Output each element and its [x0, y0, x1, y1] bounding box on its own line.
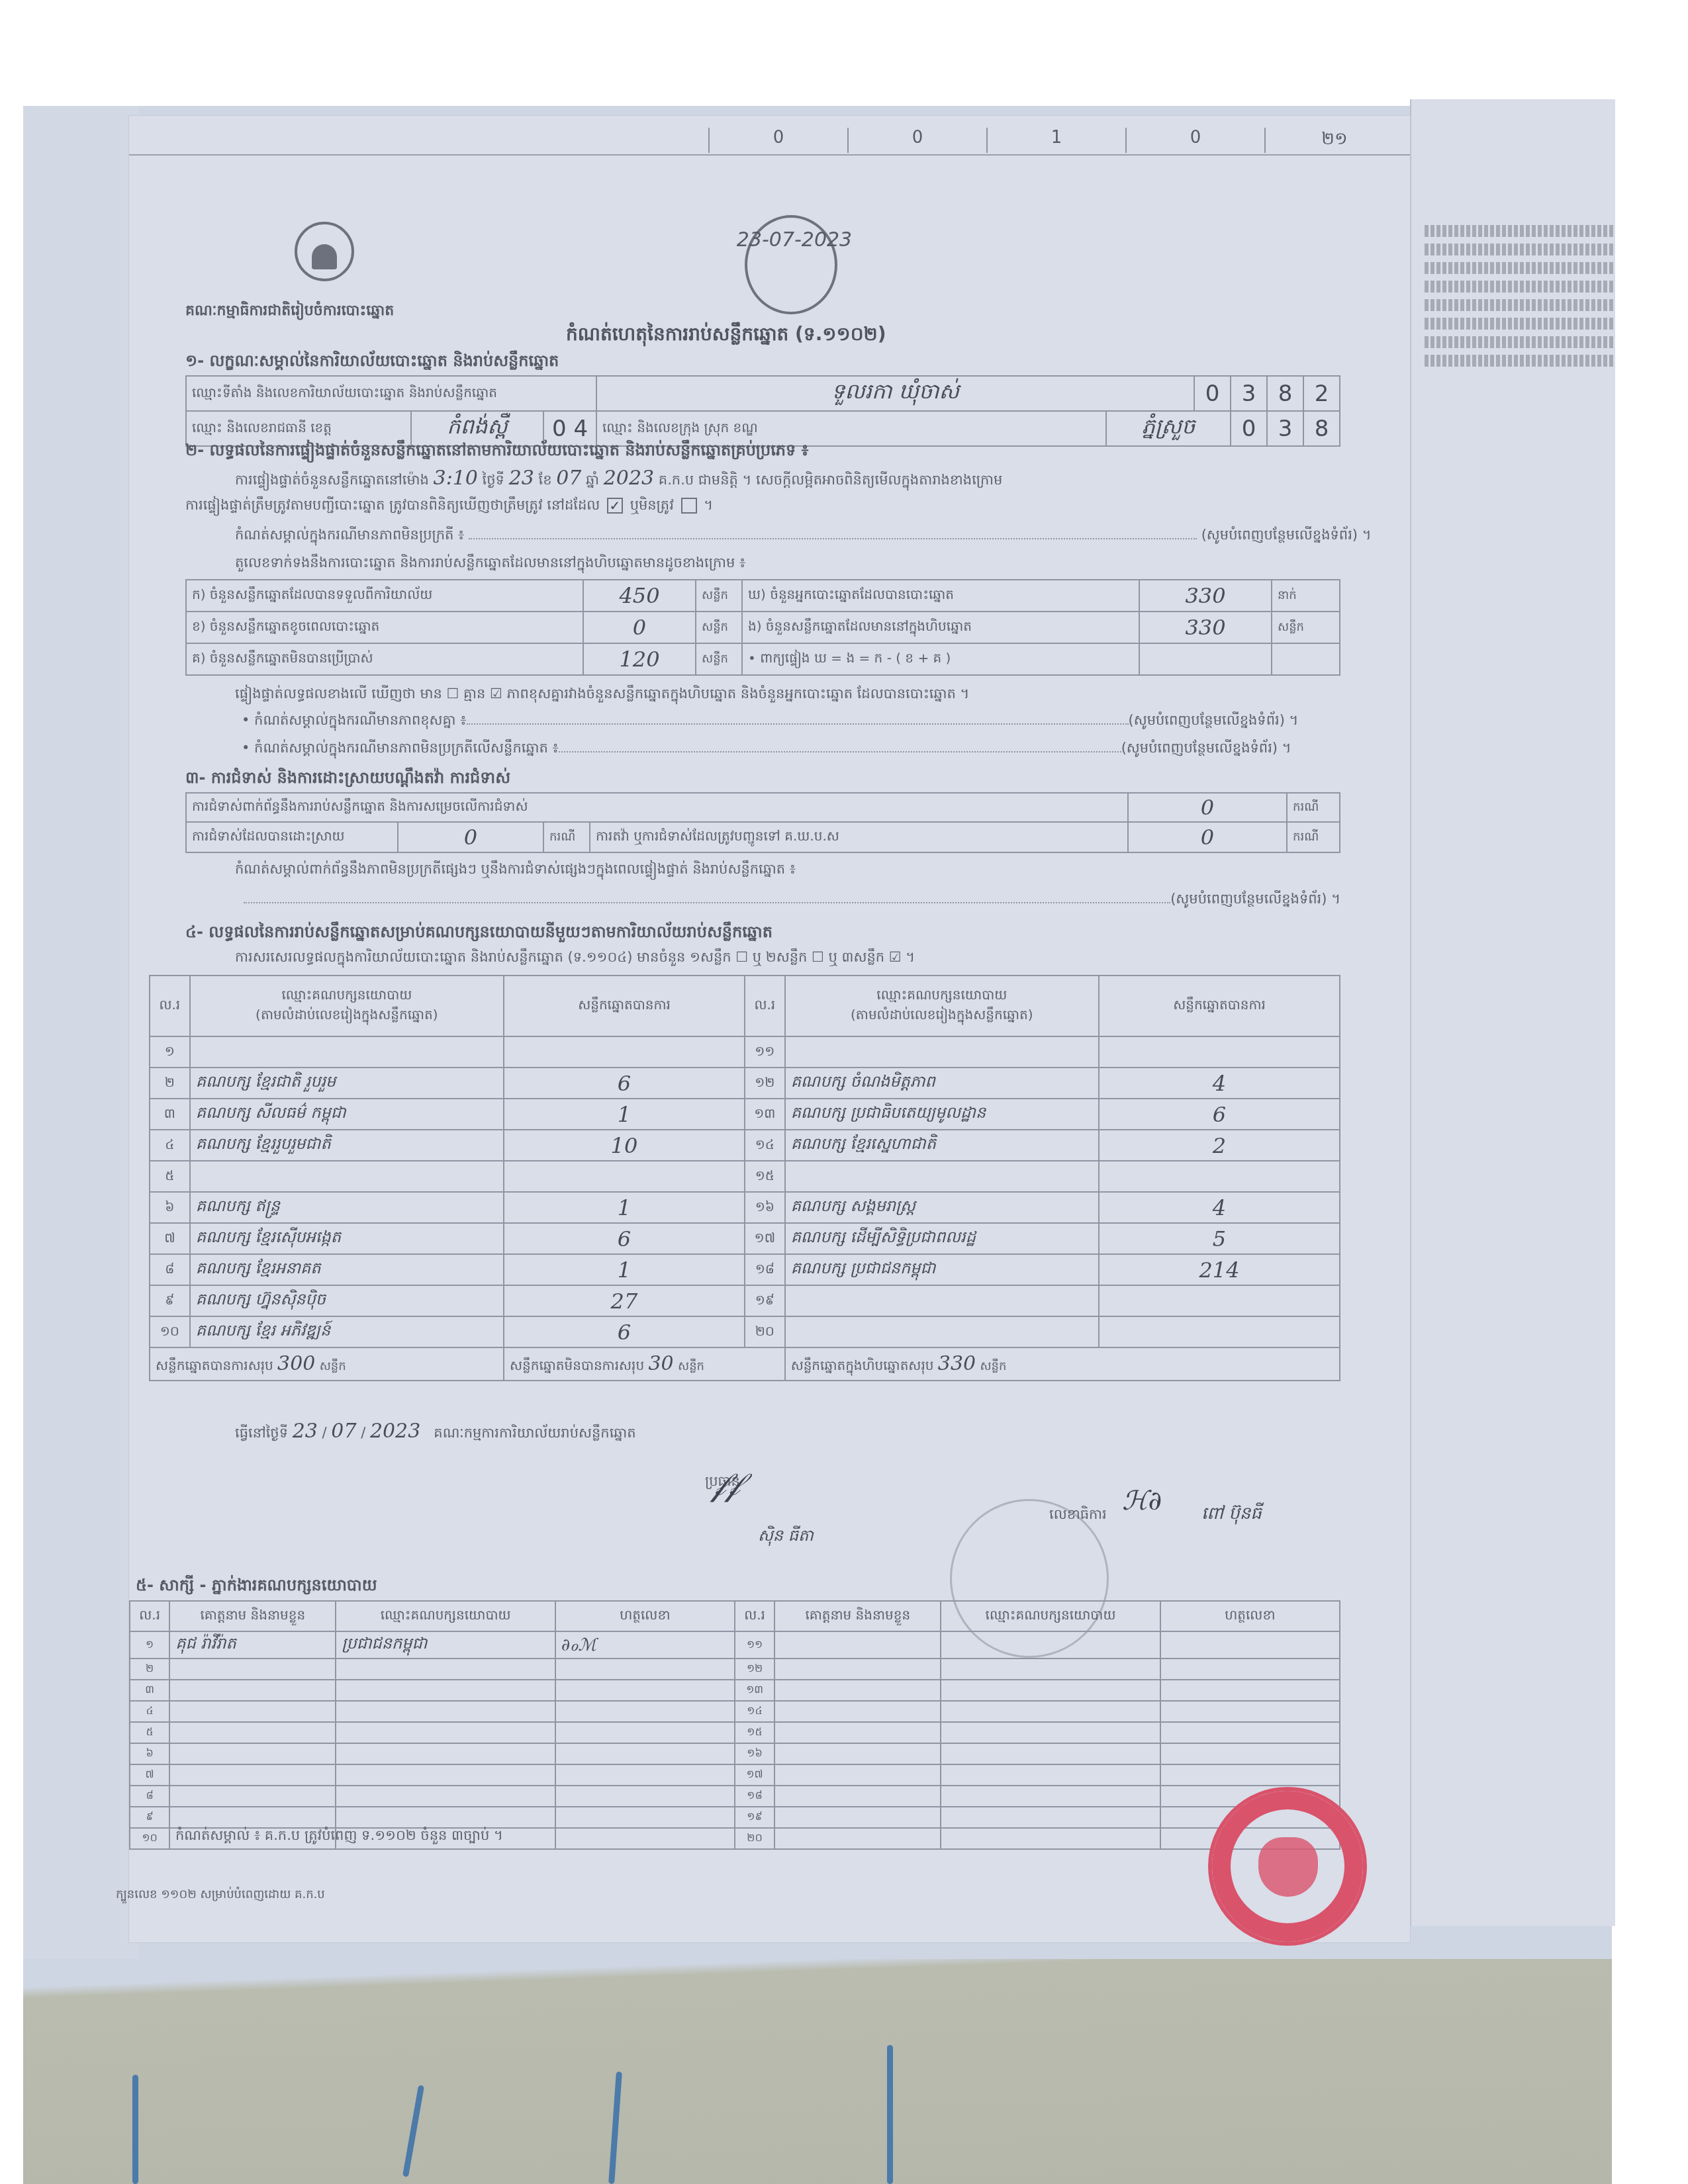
col-party: ឈ្មោះគណបក្សនយោបាយ(តាមលំដាប់លេខរៀងក្នុងសន…	[190, 976, 504, 1036]
witness-party	[336, 1680, 555, 1701]
witness-name	[774, 1764, 941, 1786]
row-no: ១	[130, 1631, 169, 1659]
party-votes	[1099, 1161, 1340, 1192]
party-votes: 1	[504, 1192, 745, 1223]
row-no: ៧	[130, 1764, 169, 1786]
table-row: ៥១៥	[130, 1722, 1340, 1743]
witness-signature	[1160, 1631, 1340, 1659]
unit-label: ករណី	[1287, 793, 1340, 822]
witness-name: គុជ រ៉ាវីរ៉ាត	[169, 1631, 336, 1659]
witness-name	[774, 1786, 941, 1807]
count-value: 330	[1139, 580, 1272, 612]
witness-col: ល.រ	[130, 1601, 169, 1631]
top-strip-cell: 1	[986, 128, 1125, 153]
party-name	[785, 1036, 1099, 1068]
section1-heading: ១- លក្ខណៈសម្គាល់នៃការិយាល័យបោះឆ្នោត និងរ…	[185, 351, 559, 374]
witness-col: ល.រ	[735, 1601, 774, 1631]
wall-background	[23, 1959, 1612, 2184]
witness-party	[336, 1764, 555, 1786]
location-code-digit: 8	[1267, 376, 1303, 411]
row-no: ១៧	[745, 1223, 785, 1254]
witness-col: ឈ្មោះគណបក្សនយោបាយ	[336, 1601, 555, 1631]
count-value: 450	[583, 580, 696, 612]
party-name	[190, 1161, 504, 1192]
party-votes: 6	[504, 1068, 745, 1099]
witness-col: ហត្ថលេខា	[555, 1601, 735, 1631]
witness-name	[774, 1722, 941, 1743]
unit-label: សន្លឹក	[696, 643, 742, 675]
footnote: កំណត់សម្គាល់ ៖ គ.ក.ប ត្រូវបំពេញ ទ.១១០២ ច…	[175, 1827, 503, 1847]
row-no: ១៦	[735, 1743, 774, 1764]
witness-party	[336, 1722, 555, 1743]
table-row: ៧១៧	[130, 1764, 1340, 1786]
party-name: គណបក្ស ខ្មែរជាតិ រួបរួម	[190, 1068, 504, 1099]
forwarded-label: ការតវ៉ា ឬការជំទាស់ដែលត្រូវបញ្ជូនទៅ គ.ឃ.ប…	[590, 822, 1128, 852]
party-votes: 5	[1099, 1223, 1340, 1254]
party-results-table: ល.រ ឈ្មោះគណបក្សនយោបាយ(តាមលំដាប់លេខរៀងក្ន…	[149, 975, 1340, 1381]
row-no: ១៩	[745, 1285, 785, 1316]
witness-name	[774, 1807, 941, 1828]
party-name: គណបក្ស ខ្មែរ អភិវឌ្ឍន៍	[190, 1316, 504, 1347]
witness-name	[774, 1631, 941, 1659]
table-row: ៩១៩	[130, 1807, 1340, 1828]
witness-name	[169, 1764, 336, 1786]
section3-note: កំណត់សម្គាល់ពាក់ព័ន្ធនឹងភាពមិនប្រក្រតីផ្…	[235, 860, 796, 881]
witness-col: គោត្តនាម និងនាមខ្លួន	[774, 1601, 941, 1631]
section5-heading: ៥- សាក្សី - ភ្នាក់ងារគណបក្សនយោបាយ	[136, 1575, 377, 1598]
location-code-digit: 2	[1303, 376, 1340, 411]
witness-signature	[555, 1659, 735, 1680]
complaint-row-label: ការជំទាស់ពាក់ព័ន្ធនឹងការរាប់សន្លឹកឆ្នោត …	[186, 793, 1128, 822]
witness-signature	[555, 1828, 735, 1849]
secretary-signature: ℋ∂	[1122, 1486, 1162, 1516]
totals-row: សន្លឹកឆ្នោតបានការសរុប 300 សន្លឹកសន្លឹកឆ្…	[150, 1347, 1340, 1381]
witness-signature	[1160, 1701, 1340, 1722]
party-name: គណបក្ស ប្រជាធិបតេយ្យមូលដ្ឋាន	[785, 1099, 1099, 1130]
nec-logo-icon	[295, 222, 354, 281]
row-no: ១៣	[735, 1680, 774, 1701]
table-row: ៤១៤	[130, 1701, 1340, 1722]
unit-label: សន្លឹក	[1272, 612, 1340, 643]
party-votes: 1	[504, 1254, 745, 1285]
valid-total: សន្លឹកឆ្នោតបានការសរុប 300 សន្លឹក	[150, 1347, 504, 1381]
witness-name	[774, 1743, 941, 1764]
party-name: គណបក្ស សីលធម៌ កម្ពុជា	[190, 1099, 504, 1130]
row-no: ១៣	[745, 1099, 785, 1130]
witness-table: ល.រគោត្តនាម និងនាមខ្លួនឈ្មោះគណបក្សនយោបាយ…	[129, 1600, 1340, 1850]
chair-signature: 𝒻𝒻	[712, 1466, 740, 1504]
verification-result-line: ការផ្ទៀងផ្ទាត់ត្រឹមត្រូវតាមបញ្ជីបោះឆ្នោត…	[185, 496, 713, 517]
witness-party	[336, 1786, 555, 1807]
invalid-total: សន្លឹកឆ្នោតមិនបានការសរុប 30 សន្លឹក	[504, 1347, 785, 1381]
unit-label: សន្លឹក	[696, 580, 742, 612]
row-no: ៤	[150, 1130, 190, 1161]
secretary-name: ពៅ ប៊ុនធី	[1201, 1502, 1262, 1527]
witness-signature	[1160, 1764, 1340, 1786]
row-no: ១៨	[745, 1254, 785, 1285]
witness-col: គោត្តនាម និងនាមខ្លួន	[169, 1601, 336, 1631]
blue-pen-mark	[887, 2045, 893, 2184]
col-votes: សន្លឹកឆ្នោតបានការ	[504, 976, 745, 1036]
party-votes: 4	[1099, 1192, 1340, 1223]
party-name	[785, 1285, 1099, 1316]
unit-label	[1272, 643, 1340, 675]
table-row: ៤គណបក្ស ខ្មែររួបរួមជាតិ10១៤គណបក្ស ខ្មែរស…	[150, 1130, 1340, 1161]
underlying-sheet-left	[23, 106, 139, 1959]
row-no: ៩	[130, 1807, 169, 1828]
witness-col: ឈ្មោះគណបក្សនយោបាយ	[941, 1601, 1160, 1631]
witness-party	[941, 1828, 1160, 1849]
stamp-date: 23-07-2023	[725, 228, 864, 251]
chair-name: ស៊ិន ធីតា	[758, 1525, 814, 1549]
witness-party	[941, 1659, 1160, 1680]
district-code-digit: 8	[1303, 411, 1340, 446]
complaints-table: ការជំទាស់ពាក់ព័ន្ធនឹងការរាប់សន្លឹកឆ្នោត …	[185, 792, 1340, 853]
location-code-digit: 3	[1231, 376, 1267, 411]
party-votes: 10	[504, 1130, 745, 1161]
row-no: ២	[150, 1068, 190, 1099]
party-name: គណបក្ស ខ្មែររួបរួមជាតិ	[190, 1130, 504, 1161]
district-value: ភ្នំស្រួច	[1106, 411, 1231, 446]
witness-signature	[1160, 1722, 1340, 1743]
count-label: គ) ចំនួនសន្លឹកឆ្នោតមិនបានប្រើប្រាស់	[186, 643, 583, 675]
ballot-irregularity-note: • កំណត់សម្គាល់ក្នុងករណីមានភាពមិនប្រក្រតី…	[242, 739, 1340, 760]
verification-line: ការផ្ទៀងផ្ទាត់ចំនួនសន្លឹកឆ្នោតនៅម៉ោង 3:1…	[235, 467, 1002, 492]
verification-year: 2023	[604, 467, 654, 490]
witness-signature	[1160, 1743, 1340, 1764]
table-row: ១០គណបក្ស ខ្មែរ អភិវឌ្ឍន៍6២០	[150, 1316, 1340, 1347]
party-votes: 214	[1099, 1254, 1340, 1285]
row-no: ១៧	[735, 1764, 774, 1786]
top-strip-cells: 0010២១	[708, 128, 1403, 153]
party-votes: 6	[504, 1316, 745, 1347]
witness-header-row: ល.រគោត្តនាម និងនាមខ្លួនឈ្មោះគណបក្សនយោបាយ…	[130, 1601, 1340, 1631]
party-name	[190, 1036, 504, 1068]
blue-pen-mark	[132, 2075, 138, 2184]
row-no: ១៤	[735, 1701, 774, 1722]
row-no: ១៦	[745, 1192, 785, 1223]
row-no: ៥	[150, 1161, 190, 1192]
complaint-row-value: 0	[1128, 793, 1287, 822]
resolved-value: 0	[398, 822, 543, 852]
witness-signature	[1160, 1680, 1340, 1701]
witness-name	[169, 1722, 336, 1743]
witness-party	[941, 1701, 1160, 1722]
counts-row: ក) ចំនួនសន្លឹកឆ្នោតដែលបានទទួលពីការិយាល័យ…	[186, 580, 1340, 612]
row-no: ១៥	[735, 1722, 774, 1743]
underlying-sheet-right	[1410, 99, 1615, 1926]
unit-label: នាក់	[1272, 580, 1340, 612]
witness-signature	[555, 1701, 735, 1722]
section3-heading: ៣- ការជំទាស់ និងការដោះស្រាយបណ្ដឹងតវ៉ា កា…	[185, 768, 510, 791]
row-no: ៧	[150, 1223, 190, 1254]
incorrect-checkbox[interactable]	[681, 498, 697, 514]
form-title: កំណត់ហេតុនៃការរាប់សន្លឹកឆ្នោត (ទ.១១០២)	[566, 322, 886, 349]
unit-label: ករណី	[543, 822, 590, 852]
verification-month: 07	[556, 467, 581, 490]
witness-signature	[555, 1786, 735, 1807]
district-code-digit: 0	[1231, 411, 1267, 446]
party-name: គណបក្ស ខ្មែរស៊ើបអង្កេត	[190, 1223, 504, 1254]
section2-heading: ២- លទ្ធផលនៃការផ្ទៀងផ្ទាត់ចំនួនសន្លឹកឆ្នោ…	[185, 440, 808, 463]
row-no: ១២	[745, 1068, 785, 1099]
row-no: ១០	[130, 1828, 169, 1849]
row-no: ៦	[130, 1743, 169, 1764]
witness-signature	[555, 1764, 735, 1786]
party-votes	[1099, 1316, 1340, 1347]
witness-party	[941, 1743, 1160, 1764]
verification-time: 3:10	[434, 467, 478, 490]
party-votes: 2	[1099, 1130, 1340, 1161]
difference-note: • កំណត់សម្គាល់ក្នុងករណីមានភាពខុសគ្នា ៖(ស…	[242, 711, 1340, 732]
counts-row: ខ) ចំនួនសន្លឹកឆ្នោតខូចពេលបោះឆ្នោត0សន្លឹក…	[186, 612, 1340, 643]
row-no: ១៨	[735, 1786, 774, 1807]
top-strip-cell: ២១	[1264, 128, 1403, 153]
party-votes: 1	[504, 1099, 745, 1130]
witness-party	[941, 1722, 1160, 1743]
count-label: • ពាក្យផ្ទៀង ឃ = ង = ក - ( ខ + គ )	[742, 643, 1139, 675]
party-votes: 6	[1099, 1099, 1340, 1130]
party-name	[785, 1161, 1099, 1192]
party-votes: 6	[504, 1223, 745, 1254]
witness-name	[169, 1659, 336, 1680]
party-votes: 4	[1099, 1068, 1340, 1099]
row-no: ៦	[150, 1192, 190, 1223]
row-no: ៨	[150, 1254, 190, 1285]
section1-table: ឈ្មោះទីតាំង និងលេខការិយាល័យបោះឆ្នោត និងរ…	[185, 375, 1340, 447]
party-votes: 27	[504, 1285, 745, 1316]
witness-party	[336, 1807, 555, 1828]
forwarded-value: 0	[1128, 822, 1287, 852]
row-no: ១២	[735, 1659, 774, 1680]
top-strip-cell: 0	[1125, 128, 1264, 153]
witness-signature	[555, 1722, 735, 1743]
count-label: ក) ចំនួនសន្លឹកឆ្នោតដែលបានទទួលពីការិយាល័យ	[186, 580, 583, 612]
unit-label: សន្លឹក	[696, 612, 742, 643]
table-row: ៨១៨	[130, 1786, 1340, 1807]
section3-note-hint: (សូមបំពេញបន្ថែមលើខ្នងទំព័រ) ។	[185, 890, 1340, 911]
witness-party	[941, 1631, 1160, 1659]
secretary-label: លេខាធិការ	[1049, 1506, 1107, 1526]
party-name	[785, 1316, 1099, 1347]
location-label: ឈ្មោះទីតាំង និងលេខការិយាល័យបោះឆ្នោត និងរ…	[186, 376, 596, 411]
location-code-digit: 0	[1194, 376, 1231, 411]
witness-signature	[555, 1680, 735, 1701]
table-row: ២១២	[130, 1659, 1340, 1680]
row-no: ៤	[130, 1701, 169, 1722]
official-red-seal-icon	[1208, 1787, 1367, 1946]
witness-signature	[555, 1807, 735, 1828]
col-party: ឈ្មោះគណបក្សនយោបាយ(តាមលំដាប់លេខរៀងក្នុងសន…	[785, 976, 1099, 1036]
section4-heading: ៤- លទ្ធផលនៃការរាប់សន្លឹកឆ្នោតសម្រាប់គណបក…	[185, 922, 773, 945]
count-value: 120	[583, 643, 696, 675]
counts-intro: តួលេខទាក់ទងនឹងការបោះឆ្នោត និងការរាប់សន្ល…	[235, 554, 745, 574]
row-no: ៣	[130, 1680, 169, 1701]
table-row: ៨គណបក្ស ខ្មែរអនាគត1១៨គណបក្ស ប្រជាជនកម្ពុ…	[150, 1254, 1340, 1285]
row-no: ២០	[735, 1828, 774, 1849]
ballot-counts-table: ក) ចំនួនសន្លឹកឆ្នោតដែលបានទទួលពីការិយាល័យ…	[185, 579, 1340, 676]
party-votes	[504, 1161, 745, 1192]
count-label: ឃ) ចំនួនអ្នកបោះឆ្នោតដែលបានបោះឆ្នោត	[742, 580, 1139, 612]
witness-party	[941, 1764, 1160, 1786]
difference-line: ផ្ទៀងផ្ទាត់លទ្ធផលខាងលើ ឃើញថា មាន ☐ គ្មាន…	[235, 685, 969, 705]
table-row: ១១១	[150, 1036, 1340, 1068]
table-row: ៩គណបក្ស ហ្វ៊ុនស៊ិនប៉ិច27១៩	[150, 1285, 1340, 1316]
party-name: គណបក្ស ឥន្ទ្រ	[190, 1192, 504, 1223]
row-no: ១៩	[735, 1807, 774, 1828]
party-votes	[1099, 1036, 1340, 1068]
row-no: ៨	[130, 1786, 169, 1807]
party-votes	[1099, 1285, 1340, 1316]
witness-party	[941, 1786, 1160, 1807]
row-no: ១	[150, 1036, 190, 1068]
witness-party	[336, 1701, 555, 1722]
counts-row: គ) ចំនួនសន្លឹកឆ្នោតមិនបានប្រើប្រាស់120សន…	[186, 643, 1340, 675]
correct-checkbox[interactable]	[607, 498, 623, 514]
party-votes	[504, 1036, 745, 1068]
row-no: ២០	[745, 1316, 785, 1347]
section4-intro: ការសរសេរលទ្ធផលក្នុងការិយាល័យបោះឆ្នោត និង…	[235, 948, 915, 969]
row-no: ៥	[130, 1722, 169, 1743]
row-no: ១១	[735, 1631, 774, 1659]
witness-name	[169, 1701, 336, 1722]
election-form-sheet: 0010២១ គណៈកម្មាធិការជាតិរៀបចំការបោះឆ្នោត…	[129, 116, 1410, 1942]
table-row: ៣១៣	[130, 1680, 1340, 1701]
witness-party	[941, 1807, 1160, 1828]
col-votes: សន្លឹកឆ្នោតបានការ	[1099, 976, 1340, 1036]
table-row: ៥១៥	[150, 1161, 1340, 1192]
witness-signature: ∂ℴℳ	[555, 1631, 735, 1659]
irregularity-note: កំណត់សម្គាល់ក្នុងករណីមានភាពមិនប្រក្រតី ៖…	[235, 526, 1340, 547]
top-strip-cell: 0	[847, 128, 986, 153]
witness-party	[941, 1680, 1160, 1701]
witness-name	[169, 1680, 336, 1701]
verification-day: 23	[509, 467, 534, 490]
party-name: គណបក្ស សង្គមរាស្ត្រ	[785, 1192, 1099, 1223]
table-row: ២គណបក្ស ខ្មែរជាតិ រួបរួម6១២គណបក្ស ចំណងមិ…	[150, 1068, 1340, 1099]
row-no: ៣	[150, 1099, 190, 1130]
witness-name	[169, 1807, 336, 1828]
top-strip: 0010២១	[129, 116, 1410, 156]
witness-name	[774, 1659, 941, 1680]
top-strip-cell: 0	[708, 128, 847, 153]
witness-name	[169, 1786, 336, 1807]
witness-name	[774, 1828, 941, 1849]
col-no: ល.រ	[150, 976, 190, 1036]
party-name: គណបក្ស ចំណងមិត្តភាព	[785, 1068, 1099, 1099]
row-no: ១០	[150, 1316, 190, 1347]
witness-signature	[1160, 1659, 1340, 1680]
party-name: គណបក្ស ប្រជាជនកម្ពុជា	[785, 1254, 1099, 1285]
form-footer: ក្បួនលេខ ១១០២ សម្រាប់បំពេញដោយ គ.ក.ប	[116, 1886, 325, 1904]
count-value: 0	[583, 612, 696, 643]
count-label: ខ) ចំនួនសន្លឹកឆ្នោតខូចពេលបោះឆ្នោត	[186, 612, 583, 643]
table-row: ៦១៦	[130, 1743, 1340, 1764]
row-no: ២	[130, 1659, 169, 1680]
col-no: ល.រ	[745, 976, 785, 1036]
witness-party: ប្រជាជនកម្ពុជា	[336, 1631, 555, 1659]
done-at-line: ធ្វើនៅថ្ងៃទី 23 / 07 / 2023 គណៈកម្មការកា…	[235, 1420, 636, 1445]
count-value	[1139, 643, 1272, 675]
results-header-row: ល.រ ឈ្មោះគណបក្សនយោបាយ(តាមលំដាប់លេខរៀងក្ន…	[150, 976, 1340, 1036]
row-no: ១៤	[745, 1130, 785, 1161]
party-name: គណបក្ស ហ្វ៊ុនស៊ិនប៉ិច	[190, 1285, 504, 1316]
unit-label: ករណី	[1287, 822, 1340, 852]
witness-col: ហត្ថលេខា	[1160, 1601, 1340, 1631]
witness-name	[169, 1743, 336, 1764]
row-no: ១១	[745, 1036, 785, 1068]
location-value: ទួលរកា ឃុំចាស់	[596, 376, 1194, 411]
table-row: ៦គណបក្ស ឥន្ទ្រ1១៦គណបក្ស សង្គមរាស្ត្រ4	[150, 1192, 1340, 1223]
witness-signature	[555, 1743, 735, 1764]
row-no: ៩	[150, 1285, 190, 1316]
party-name: គណបក្ស ខ្មែរអនាគត	[190, 1254, 504, 1285]
table-row: ៣គណបក្ស សីលធម៌ កម្ពុជា1១៣គណបក្ស ប្រជាធិប…	[150, 1099, 1340, 1130]
resolved-label: ការជំទាស់ដែលបានដោះស្រាយ	[186, 822, 398, 852]
witness-name	[774, 1680, 941, 1701]
table-row: ១គុជ រ៉ាវីរ៉ាតប្រជាជនកម្ពុជា∂ℴℳ១១	[130, 1631, 1340, 1659]
party-name: គណបក្ស ដើម្បីសិទ្ធិប្រជាពលរដ្ឋ	[785, 1223, 1099, 1254]
all-total: សន្លឹកឆ្នោតក្នុងហិបឆ្នោតសរុប 330 សន្លឹក	[785, 1347, 1340, 1381]
witness-party	[336, 1743, 555, 1764]
party-name: គណបក្ស ខ្មែរស្នេហាជាតិ	[785, 1130, 1099, 1161]
organization-name: គណៈកម្មាធិការជាតិរៀបចំការបោះឆ្នោត	[185, 301, 394, 322]
witness-name	[774, 1701, 941, 1722]
witness-party	[336, 1659, 555, 1680]
count-value: 330	[1139, 612, 1272, 643]
district-code-digit: 3	[1267, 411, 1303, 446]
row-no: ១៥	[745, 1161, 785, 1192]
table-row: ៧គណបក្ស ខ្មែរស៊ើបអង្កេត6១៧គណបក្ស ដើម្បីស…	[150, 1223, 1340, 1254]
count-label: ង) ចំនួនសន្លឹកឆ្នោតដែលមាននៅក្នុងហិបឆ្នោត	[742, 612, 1139, 643]
